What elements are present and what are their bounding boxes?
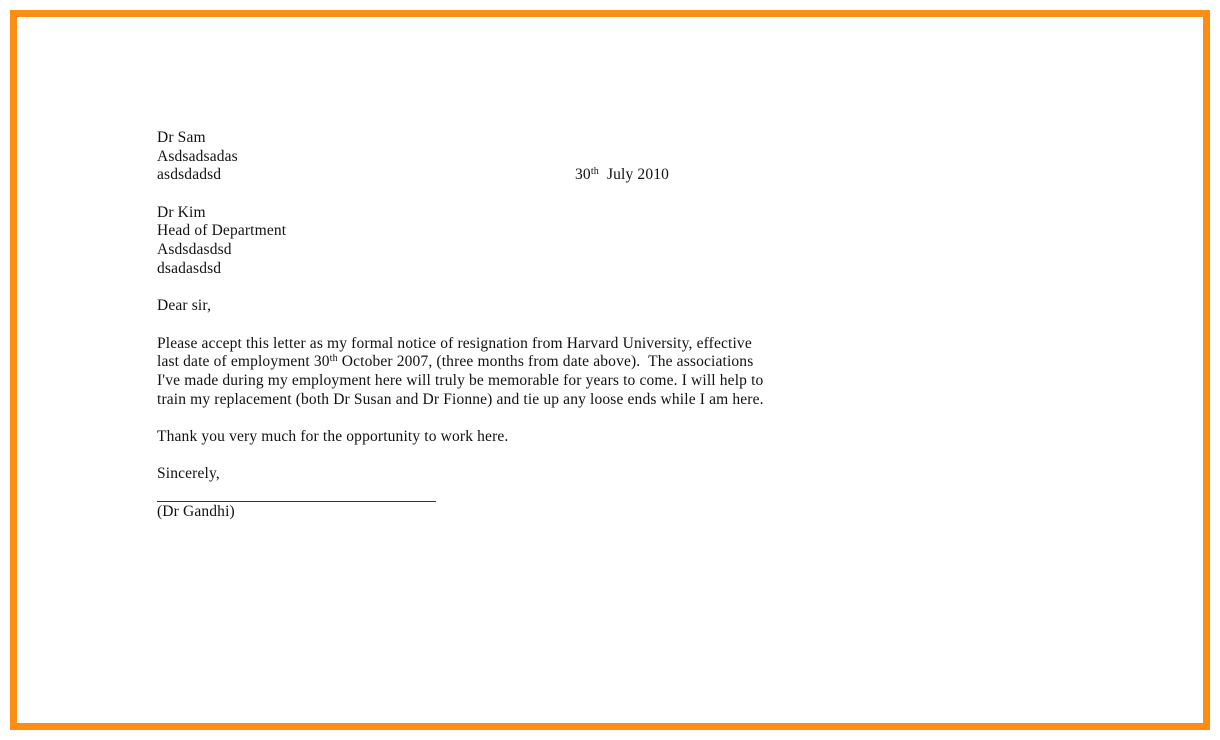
body-line-4: train my replacement (both Dr Susan and … bbox=[157, 391, 1057, 410]
date-day: 30 bbox=[575, 166, 591, 183]
spacer bbox=[157, 409, 1057, 428]
signature-name: (Dr Gandhi) bbox=[157, 503, 1057, 522]
recipient-block: Dr Kim Head of Department Asdsdasdsd dsa… bbox=[157, 204, 1057, 279]
letter-date: 30th July 2010 bbox=[575, 166, 669, 185]
sender-address-line-1: Asdsadsadas bbox=[157, 148, 1057, 167]
closing: Sincerely, bbox=[157, 465, 1057, 484]
body-paragraph: Please accept this letter as my formal n… bbox=[157, 335, 1057, 410]
body-line-2-suffix: th bbox=[330, 353, 338, 364]
spacer bbox=[157, 185, 1057, 204]
date-day-suffix: th bbox=[591, 166, 599, 177]
recipient-address-line-1: Asdsdasdsd bbox=[157, 241, 1057, 260]
recipient-title: Head of Department bbox=[157, 222, 1057, 241]
sender-name: Dr Sam bbox=[157, 129, 1057, 148]
resignation-letter: Dr Sam Asdsadsadas asdsdadsd 30th July 2… bbox=[157, 129, 1057, 522]
date-month-year: July 2010 bbox=[599, 166, 669, 183]
signature-line bbox=[157, 501, 436, 502]
thanks-line: Thank you very much for the opportunity … bbox=[157, 428, 1057, 447]
body-line-2-end: October 2007, (three months from date ab… bbox=[338, 353, 754, 370]
body-line-3: I've made during my employment here will… bbox=[157, 372, 1057, 391]
recipient-address-line-2: dsadasdsd bbox=[157, 260, 1057, 279]
spacer bbox=[157, 316, 1057, 335]
body-line-1: Please accept this letter as my formal n… bbox=[157, 335, 1057, 354]
spacer bbox=[157, 447, 1057, 466]
recipient-name: Dr Kim bbox=[157, 204, 1057, 223]
spacer bbox=[157, 279, 1057, 298]
salutation: Dear sir, bbox=[157, 297, 1057, 316]
body-line-2-start: last date of employment 30 bbox=[157, 353, 330, 370]
body-line-2: last date of employment 30th October 200… bbox=[157, 353, 1057, 372]
